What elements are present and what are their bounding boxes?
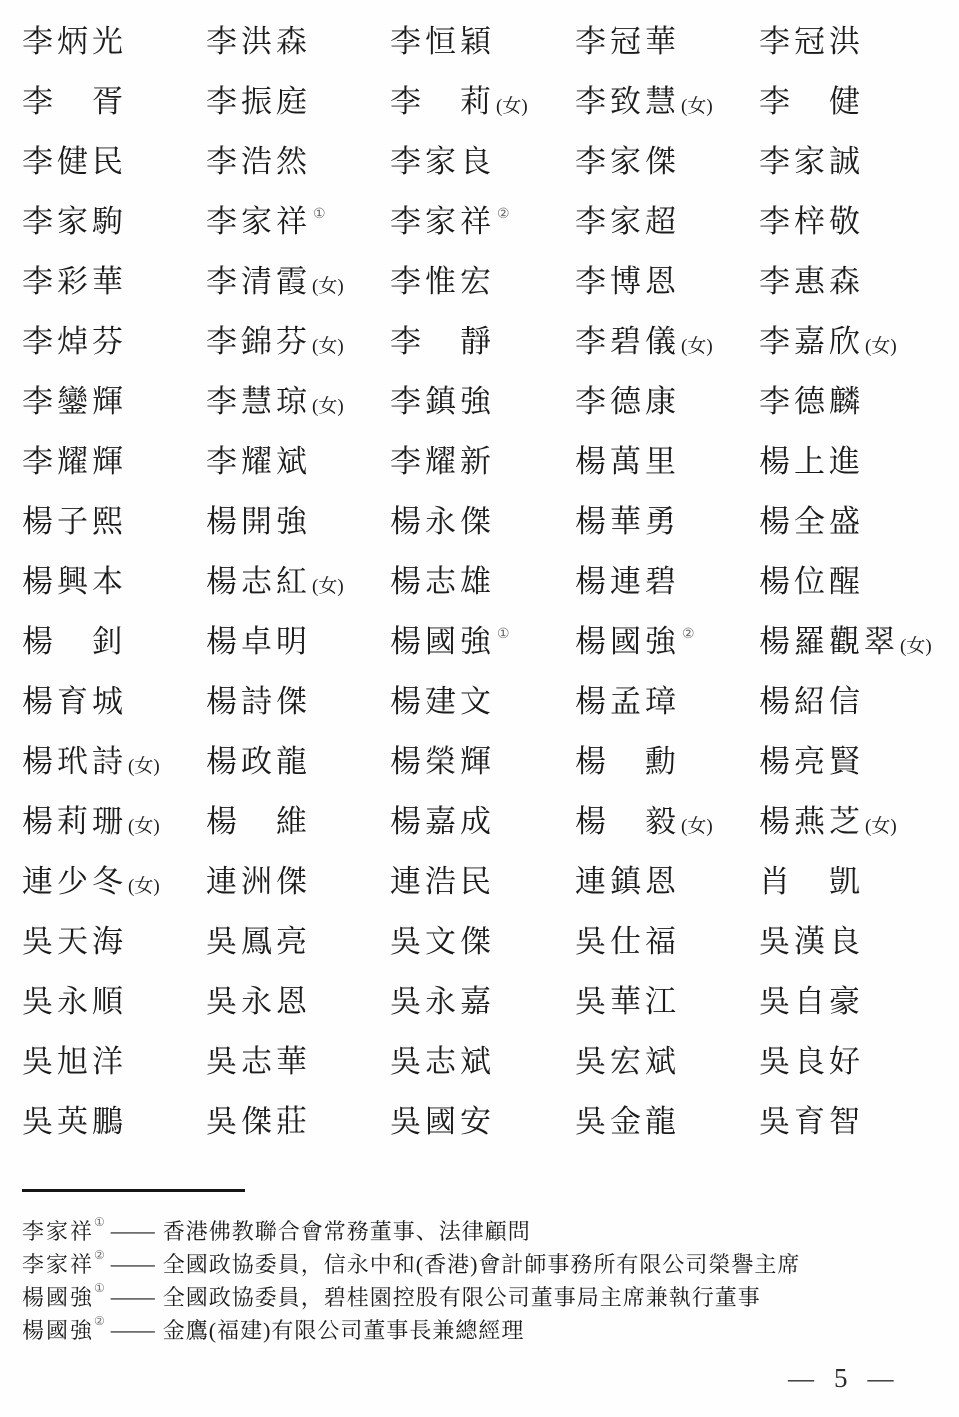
person-name-cell: 楊國強② bbox=[575, 626, 759, 657]
person-name: 吳華江 bbox=[575, 984, 680, 1019]
person-name-cell: 李慧琼(女) bbox=[206, 386, 390, 417]
person-name: 吳鳳亮 bbox=[206, 924, 311, 959]
person-name-cell: 李耀新 bbox=[390, 446, 575, 477]
name-row: 楊興本楊志紅(女)楊志雄楊連碧楊位醒 bbox=[22, 551, 942, 611]
person-name-cell: 李家誠 bbox=[759, 146, 864, 177]
person-name: 李嘉欣 bbox=[759, 324, 864, 359]
person-name: 楊國強 bbox=[575, 624, 680, 659]
person-name-cell: 吳仕福 bbox=[575, 926, 759, 957]
person-name: 吳天海 bbox=[22, 924, 127, 959]
person-name-cell: 楊華勇 bbox=[575, 506, 759, 537]
person-name: 李錦芬 bbox=[206, 324, 311, 359]
person-name-cell: 吳志斌 bbox=[390, 1046, 575, 1077]
person-name-cell: 李浩然 bbox=[206, 146, 390, 177]
gender-suffix: (女) bbox=[128, 876, 160, 897]
footnote-dash: —— bbox=[111, 1284, 155, 1310]
name-row: 吳英鵬吳傑莊吳國安吳金龍吳育智 bbox=[22, 1091, 942, 1151]
name-row: 李炳光李洪森李恒穎李冠華李冠洪 bbox=[22, 11, 942, 71]
person-name-cell: 李家傑 bbox=[575, 146, 759, 177]
person-name: 楊子熙 bbox=[22, 504, 127, 539]
gender-suffix: (女) bbox=[681, 816, 713, 837]
person-name: 李清霞 bbox=[206, 264, 311, 299]
person-name-cell: 楊羅觀翠(女) bbox=[759, 626, 932, 657]
footnote-line: 楊國強②——金鷹(福建)有限公司董事長兼總經理 bbox=[22, 1313, 942, 1346]
footnote-person-name: 李家祥 bbox=[22, 1215, 94, 1246]
footnote-line: 楊國強①——全國政協委員，碧桂園控股有限公司董事局主席兼執行董事 bbox=[22, 1280, 942, 1313]
person-name-cell: 吳永順 bbox=[22, 986, 206, 1017]
person-name: 楊莉珊 bbox=[22, 804, 127, 839]
person-name: 李彩華 bbox=[22, 264, 127, 299]
person-name-cell: 楊詩傑 bbox=[206, 686, 390, 717]
document-page: 李炳光李洪森李恒穎李冠華李冠洪李 胥李振庭李 莉(女)李致慧(女)李 健李健民李… bbox=[0, 0, 959, 1417]
person-name: 吳金龍 bbox=[575, 1104, 680, 1139]
person-name-cell: 吳良好 bbox=[759, 1046, 864, 1077]
gender-suffix: (女) bbox=[496, 96, 528, 117]
person-name: 楊亮賢 bbox=[759, 744, 864, 779]
person-name-cell: 楊紹信 bbox=[759, 686, 864, 717]
person-name: 連洲傑 bbox=[206, 864, 311, 899]
footnote-separator-line bbox=[22, 1189, 245, 1192]
person-name-cell: 楊 釗 bbox=[22, 626, 206, 657]
footnote-dash: —— bbox=[111, 1218, 155, 1244]
footnote-ref-marker: ② bbox=[497, 207, 510, 222]
person-name-cell: 楊亮賢 bbox=[759, 746, 864, 777]
person-name: 楊榮輝 bbox=[390, 744, 495, 779]
footnotes-section: 李家祥①——香港佛教聯合會常務董事、法律顧問李家祥②——全國政協委員，信永中和(… bbox=[22, 1214, 942, 1346]
person-name-cell: 李家祥① bbox=[206, 206, 390, 237]
person-name: 楊 釗 bbox=[22, 624, 127, 659]
person-name: 楊羅觀翠 bbox=[759, 624, 899, 659]
name-row: 李 胥李振庭李 莉(女)李致慧(女)李 健 bbox=[22, 71, 942, 131]
gender-suffix: (女) bbox=[312, 576, 344, 597]
person-name-cell: 李清霞(女) bbox=[206, 266, 390, 297]
person-name: 李 健 bbox=[759, 84, 864, 119]
person-name: 李家祥 bbox=[390, 204, 495, 239]
person-name: 吳志斌 bbox=[390, 1044, 495, 1079]
person-name: 楊永傑 bbox=[390, 504, 495, 539]
person-name: 楊卓明 bbox=[206, 624, 311, 659]
page-number-dash-left: — bbox=[788, 1364, 814, 1394]
footnote-ref-marker: ② bbox=[94, 1248, 105, 1263]
person-name: 李惟宏 bbox=[390, 264, 495, 299]
person-name-cell: 李耀輝 bbox=[22, 446, 206, 477]
person-name: 楊 毅 bbox=[575, 804, 680, 839]
person-name: 楊國強 bbox=[390, 624, 495, 659]
person-name: 李鑾輝 bbox=[22, 384, 127, 419]
person-name: 李冠華 bbox=[575, 24, 680, 59]
person-name-cell: 李家祥② bbox=[390, 206, 575, 237]
person-name: 李健民 bbox=[22, 144, 127, 179]
person-name-cell: 李 莉(女) bbox=[390, 86, 575, 117]
person-name: 楊孟璋 bbox=[575, 684, 680, 719]
person-name-cell: 吳鳳亮 bbox=[206, 926, 390, 957]
person-name-cell: 李鑾輝 bbox=[22, 386, 206, 417]
name-row: 李鑾輝李慧琼(女)李鎮強李德康李德麟 bbox=[22, 371, 942, 431]
footnote-line: 李家祥②——全國政協委員，信永中和(香港)會計師事務所有限公司榮譽主席 bbox=[22, 1247, 942, 1280]
person-name: 李博恩 bbox=[575, 264, 680, 299]
person-name: 吳育智 bbox=[759, 1104, 864, 1139]
person-name-cell: 連洲傑 bbox=[206, 866, 390, 897]
person-name: 楊全盛 bbox=[759, 504, 864, 539]
person-name: 吳宏斌 bbox=[575, 1044, 680, 1079]
person-name-cell: 吳永恩 bbox=[206, 986, 390, 1017]
person-name-cell: 李炳光 bbox=[22, 26, 206, 57]
person-name: 吳旭洋 bbox=[22, 1044, 127, 1079]
person-name-cell: 李博恩 bbox=[575, 266, 759, 297]
person-name: 肖 凱 bbox=[759, 864, 864, 899]
person-name: 李洪森 bbox=[206, 24, 311, 59]
name-row: 李家駒李家祥①李家祥②李家超李梓敬 bbox=[22, 191, 942, 251]
person-name-cell: 楊上進 bbox=[759, 446, 864, 477]
person-name-cell: 李洪森 bbox=[206, 26, 390, 57]
name-row: 李耀輝李耀斌李耀新楊萬里楊上進 bbox=[22, 431, 942, 491]
person-name-cell: 李惟宏 bbox=[390, 266, 575, 297]
footnote-ref-marker: ② bbox=[94, 1314, 105, 1329]
person-name-cell: 吳國安 bbox=[390, 1106, 575, 1137]
person-name-cell: 吳志華 bbox=[206, 1046, 390, 1077]
person-name: 李碧儀 bbox=[575, 324, 680, 359]
person-name-cell: 吳文傑 bbox=[390, 926, 575, 957]
person-name-cell: 連浩民 bbox=[390, 866, 575, 897]
person-name-cell: 吳金龍 bbox=[575, 1106, 759, 1137]
person-name: 李恒穎 bbox=[390, 24, 495, 59]
page-number-footer: — 5 — bbox=[788, 1363, 894, 1394]
person-name-cell: 吳華江 bbox=[575, 986, 759, 1017]
person-name-cell: 楊卓明 bbox=[206, 626, 390, 657]
person-name: 吳傑莊 bbox=[206, 1104, 311, 1139]
person-name: 李冠洪 bbox=[759, 24, 864, 59]
footnote-text: 香港佛教聯合會常務董事、法律顧問 bbox=[163, 1215, 531, 1246]
person-name-cell: 楊 毅(女) bbox=[575, 806, 759, 837]
gender-suffix: (女) bbox=[312, 336, 344, 357]
person-name-cell: 楊政龍 bbox=[206, 746, 390, 777]
person-name-cell: 李致慧(女) bbox=[575, 86, 759, 117]
person-name: 吳永恩 bbox=[206, 984, 311, 1019]
person-name-cell: 李梓敬 bbox=[759, 206, 864, 237]
person-name-cell: 李家駒 bbox=[22, 206, 206, 237]
footnote-ref-marker: ① bbox=[94, 1281, 105, 1296]
person-name: 李家駒 bbox=[22, 204, 127, 239]
footnote-person-name: 楊國強 bbox=[22, 1314, 94, 1345]
person-name: 楊政龍 bbox=[206, 744, 311, 779]
footnote-text: 金鷹(福建)有限公司董事長兼總經理 bbox=[163, 1314, 525, 1345]
person-name-cell: 李健民 bbox=[22, 146, 206, 177]
person-name: 李家祥 bbox=[206, 204, 311, 239]
person-name: 李家傑 bbox=[575, 144, 680, 179]
person-name: 楊志雄 bbox=[390, 564, 495, 599]
person-name-cell: 楊嘉成 bbox=[390, 806, 575, 837]
person-name-cell: 楊玳詩(女) bbox=[22, 746, 206, 777]
person-name-cell: 楊國強① bbox=[390, 626, 575, 657]
person-name: 連鎮恩 bbox=[575, 864, 680, 899]
person-name-cell: 李 胥 bbox=[22, 86, 206, 117]
person-name-cell: 李彩華 bbox=[22, 266, 206, 297]
person-name: 楊位醒 bbox=[759, 564, 864, 599]
person-name: 李致慧 bbox=[575, 84, 680, 119]
person-name: 李家超 bbox=[575, 204, 680, 239]
person-name: 楊燕芝 bbox=[759, 804, 864, 839]
person-name-cell: 吳自豪 bbox=[759, 986, 864, 1017]
gender-suffix: (女) bbox=[312, 276, 344, 297]
person-name: 吳英鵬 bbox=[22, 1104, 127, 1139]
person-name-cell: 李鎮強 bbox=[390, 386, 575, 417]
person-name: 吳自豪 bbox=[759, 984, 864, 1019]
person-name-cell: 楊萬里 bbox=[575, 446, 759, 477]
page-number-dash-right: — bbox=[868, 1364, 894, 1394]
person-name-cell: 連少冬(女) bbox=[22, 866, 206, 897]
footnote-person-name: 李家祥 bbox=[22, 1248, 94, 1279]
person-name-cell: 吳旭洋 bbox=[22, 1046, 206, 1077]
gender-suffix: (女) bbox=[900, 636, 932, 657]
person-name: 楊紹信 bbox=[759, 684, 864, 719]
footnote-text: 全國政協委員，信永中和(香港)會計師事務所有限公司榮譽主席 bbox=[163, 1248, 801, 1279]
person-name-cell: 吳傑莊 bbox=[206, 1106, 390, 1137]
person-name-cell: 李 靜 bbox=[390, 326, 575, 357]
person-name-cell: 李冠洪 bbox=[759, 26, 864, 57]
person-name: 李梓敬 bbox=[759, 204, 864, 239]
person-name: 吳志華 bbox=[206, 1044, 311, 1079]
footnote-ref-marker: ① bbox=[94, 1215, 105, 1230]
person-name-cell: 楊 勳 bbox=[575, 746, 759, 777]
person-name: 楊玳詩 bbox=[22, 744, 127, 779]
gender-suffix: (女) bbox=[128, 816, 160, 837]
person-name: 李慧琼 bbox=[206, 384, 311, 419]
footnote-dash: —— bbox=[111, 1317, 155, 1343]
name-row: 楊子熙楊開強楊永傑楊華勇楊全盛 bbox=[22, 491, 942, 551]
person-name-cell: 李焯芬 bbox=[22, 326, 206, 357]
person-name-cell: 李振庭 bbox=[206, 86, 390, 117]
person-name-cell: 楊志雄 bbox=[390, 566, 575, 597]
person-name: 楊連碧 bbox=[575, 564, 680, 599]
name-row: 李焯芬李錦芬(女)李 靜李碧儀(女)李嘉欣(女) bbox=[22, 311, 942, 371]
person-name: 李德麟 bbox=[759, 384, 864, 419]
name-row: 李彩華李清霞(女)李惟宏李博恩李惠森 bbox=[22, 251, 942, 311]
name-row: 吳天海吳鳳亮吳文傑吳仕福吳漢良 bbox=[22, 911, 942, 971]
name-row: 連少冬(女)連洲傑連浩民連鎮恩肖 凱 bbox=[22, 851, 942, 911]
footnote-ref-marker: ① bbox=[497, 627, 510, 642]
person-name-cell: 楊建文 bbox=[390, 686, 575, 717]
footnote-text: 全國政協委員，碧桂園控股有限公司董事局主席兼執行董事 bbox=[163, 1281, 761, 1312]
person-name-cell: 李恒穎 bbox=[390, 26, 575, 57]
gender-suffix: (女) bbox=[865, 816, 897, 837]
person-name-cell: 李家超 bbox=[575, 206, 759, 237]
person-name-cell: 李德麟 bbox=[759, 386, 864, 417]
footnote-person-name: 楊國強 bbox=[22, 1281, 94, 1312]
gender-suffix: (女) bbox=[681, 96, 713, 117]
person-name: 楊育城 bbox=[22, 684, 127, 719]
person-name-cell: 楊育城 bbox=[22, 686, 206, 717]
person-name: 李德康 bbox=[575, 384, 680, 419]
name-row: 吳永順吳永恩吳永嘉吳華江吳自豪 bbox=[22, 971, 942, 1031]
person-name-cell: 吳英鵬 bbox=[22, 1106, 206, 1137]
person-name-cell: 李家良 bbox=[390, 146, 575, 177]
name-row: 李健民李浩然李家良李家傑李家誠 bbox=[22, 131, 942, 191]
gender-suffix: (女) bbox=[865, 336, 897, 357]
person-name: 楊 勳 bbox=[575, 744, 680, 779]
person-name-cell: 楊孟璋 bbox=[575, 686, 759, 717]
person-name: 吳永嘉 bbox=[390, 984, 495, 1019]
person-name: 楊興本 bbox=[22, 564, 127, 599]
name-row: 楊玳詩(女)楊政龍楊榮輝楊 勳楊亮賢 bbox=[22, 731, 942, 791]
name-row: 楊育城楊詩傑楊建文楊孟璋楊紹信 bbox=[22, 671, 942, 731]
person-name: 李家良 bbox=[390, 144, 495, 179]
person-name: 李振庭 bbox=[206, 84, 311, 119]
person-name: 李惠森 bbox=[759, 264, 864, 299]
person-name-cell: 肖 凱 bbox=[759, 866, 864, 897]
person-name: 楊志紅 bbox=[206, 564, 311, 599]
person-name-cell: 李嘉欣(女) bbox=[759, 326, 897, 357]
name-row: 吳旭洋吳志華吳志斌吳宏斌吳良好 bbox=[22, 1031, 942, 1091]
name-row: 楊莉珊(女)楊 維楊嘉成楊 毅(女)楊燕芝(女) bbox=[22, 791, 942, 851]
person-name-cell: 楊全盛 bbox=[759, 506, 864, 537]
person-name-cell: 楊連碧 bbox=[575, 566, 759, 597]
person-name: 楊開強 bbox=[206, 504, 311, 539]
name-row: 楊 釗楊卓明楊國強①楊國強②楊羅觀翠(女) bbox=[22, 611, 942, 671]
name-grid: 李炳光李洪森李恒穎李冠華李冠洪李 胥李振庭李 莉(女)李致慧(女)李 健李健民李… bbox=[22, 11, 942, 1151]
person-name-cell: 楊志紅(女) bbox=[206, 566, 390, 597]
person-name-cell: 李冠華 bbox=[575, 26, 759, 57]
person-name-cell: 李碧儀(女) bbox=[575, 326, 759, 357]
person-name-cell: 李惠森 bbox=[759, 266, 864, 297]
person-name: 楊嘉成 bbox=[390, 804, 495, 839]
person-name: 連浩民 bbox=[390, 864, 495, 899]
footnote-dash: —— bbox=[111, 1251, 155, 1277]
gender-suffix: (女) bbox=[681, 336, 713, 357]
person-name: 李耀新 bbox=[390, 444, 495, 479]
person-name: 吳國安 bbox=[390, 1104, 495, 1139]
person-name: 李浩然 bbox=[206, 144, 311, 179]
person-name-cell: 吳育智 bbox=[759, 1106, 864, 1137]
person-name-cell: 李錦芬(女) bbox=[206, 326, 390, 357]
person-name: 李鎮強 bbox=[390, 384, 495, 419]
person-name: 李 莉 bbox=[390, 84, 495, 119]
person-name-cell: 楊莉珊(女) bbox=[22, 806, 206, 837]
person-name-cell: 楊子熙 bbox=[22, 506, 206, 537]
person-name-cell: 吳天海 bbox=[22, 926, 206, 957]
person-name: 吳永順 bbox=[22, 984, 127, 1019]
page-number: 5 bbox=[834, 1363, 848, 1394]
person-name: 李炳光 bbox=[22, 24, 127, 59]
person-name-cell: 楊位醒 bbox=[759, 566, 864, 597]
person-name: 李耀斌 bbox=[206, 444, 311, 479]
person-name-cell: 李耀斌 bbox=[206, 446, 390, 477]
person-name: 楊建文 bbox=[390, 684, 495, 719]
footnote-ref-marker: ② bbox=[682, 627, 695, 642]
gender-suffix: (女) bbox=[312, 396, 344, 417]
person-name: 李焯芬 bbox=[22, 324, 127, 359]
person-name: 李 胥 bbox=[22, 84, 127, 119]
person-name-cell: 楊開強 bbox=[206, 506, 390, 537]
footnote-line: 李家祥①——香港佛教聯合會常務董事、法律顧問 bbox=[22, 1214, 942, 1247]
person-name: 吳文傑 bbox=[390, 924, 495, 959]
person-name-cell: 楊燕芝(女) bbox=[759, 806, 897, 837]
person-name-cell: 吳永嘉 bbox=[390, 986, 575, 1017]
person-name: 楊上進 bbox=[759, 444, 864, 479]
gender-suffix: (女) bbox=[128, 756, 160, 777]
person-name: 楊萬里 bbox=[575, 444, 680, 479]
person-name-cell: 楊永傑 bbox=[390, 506, 575, 537]
person-name-cell: 吳宏斌 bbox=[575, 1046, 759, 1077]
person-name: 楊華勇 bbox=[575, 504, 680, 539]
person-name-cell: 李 健 bbox=[759, 86, 864, 117]
person-name-cell: 楊 維 bbox=[206, 806, 390, 837]
person-name: 吳良好 bbox=[759, 1044, 864, 1079]
person-name-cell: 楊榮輝 bbox=[390, 746, 575, 777]
person-name: 李家誠 bbox=[759, 144, 864, 179]
person-name: 吳漢良 bbox=[759, 924, 864, 959]
person-name-cell: 連鎮恩 bbox=[575, 866, 759, 897]
person-name: 連少冬 bbox=[22, 864, 127, 899]
person-name: 楊詩傑 bbox=[206, 684, 311, 719]
person-name: 吳仕福 bbox=[575, 924, 680, 959]
person-name: 楊 維 bbox=[206, 804, 311, 839]
person-name-cell: 李德康 bbox=[575, 386, 759, 417]
person-name-cell: 楊興本 bbox=[22, 566, 206, 597]
footnote-ref-marker: ① bbox=[313, 207, 326, 222]
person-name: 李 靜 bbox=[390, 324, 495, 359]
person-name: 李耀輝 bbox=[22, 444, 127, 479]
person-name-cell: 吳漢良 bbox=[759, 926, 864, 957]
